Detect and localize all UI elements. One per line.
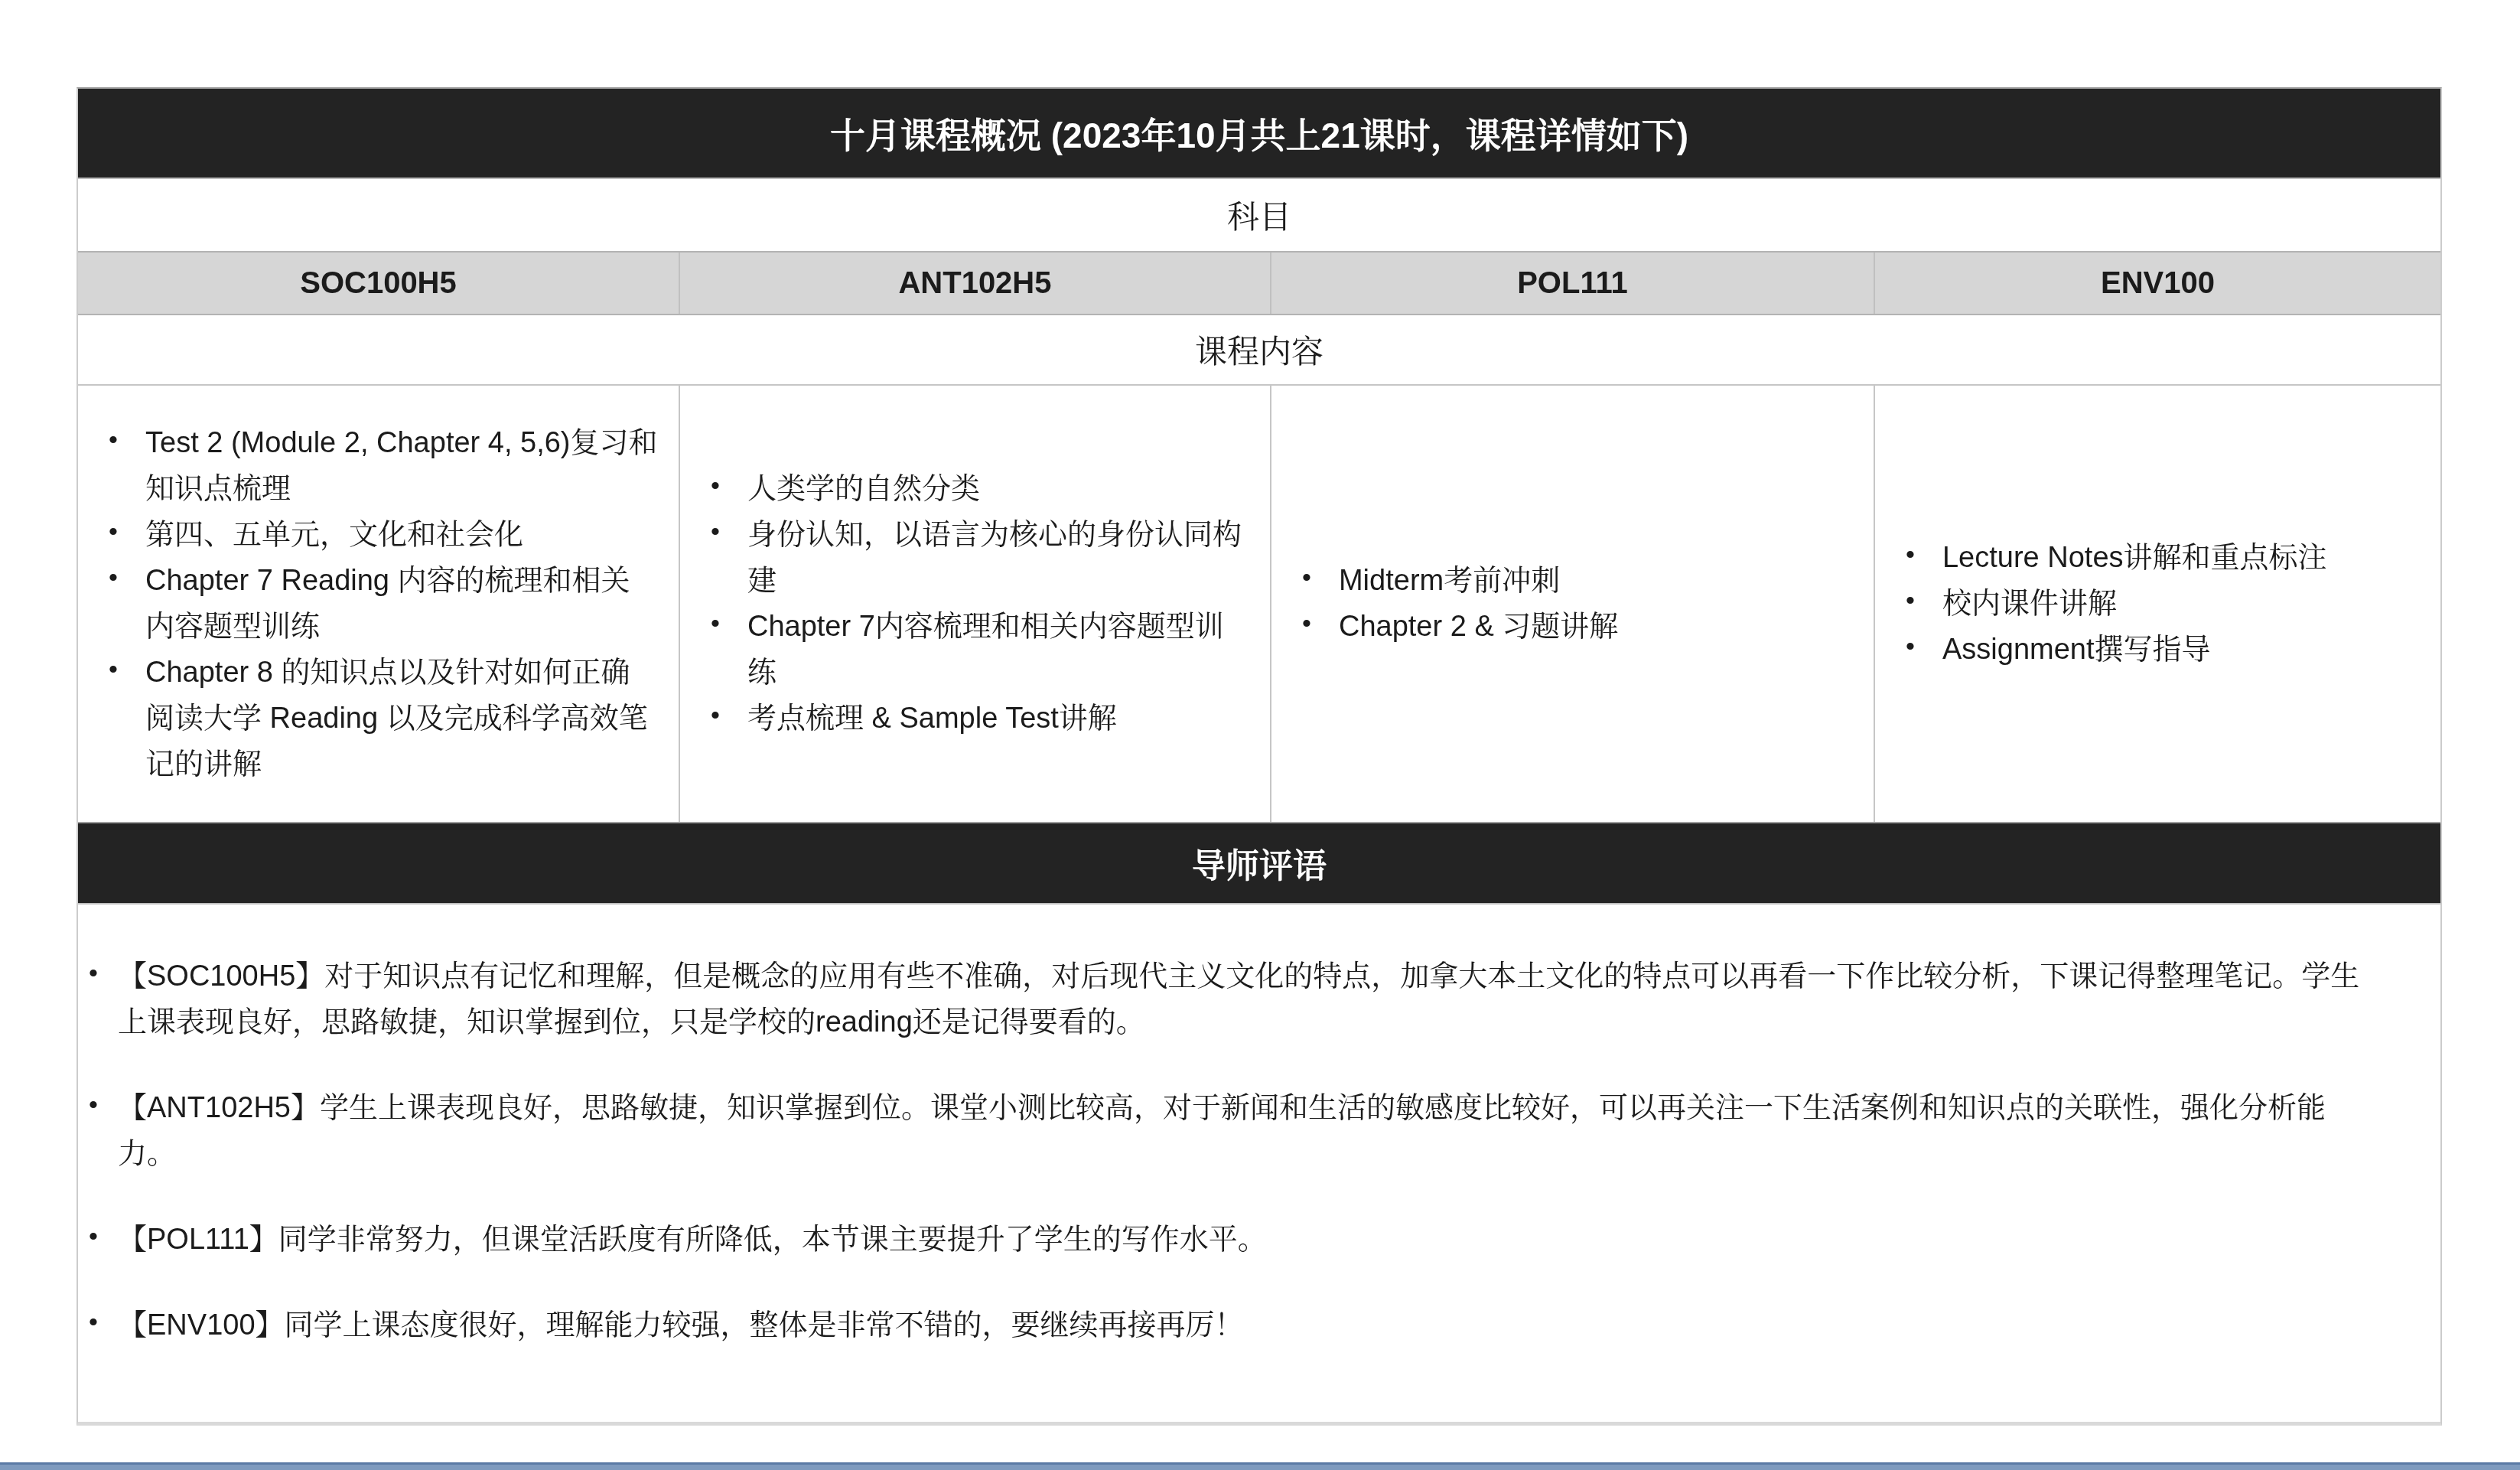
content-item: 人类学的自然分类 [700, 466, 1250, 512]
subject-section-row: 科目 [78, 179, 2440, 251]
content-item: Assignment撰写指导 [1895, 627, 2421, 673]
subject-cell-ant102h5: ANT102H5 [679, 253, 1270, 314]
subject-label: POL111 [1517, 266, 1628, 301]
subject-cell-soc100h5: SOC100H5 [78, 253, 679, 314]
content-item: Lecture Notes讲解和重点标注 [1895, 535, 2421, 581]
title-bar: 十月课程概况 (2023年10月共上21课时，课程详情如下) [78, 89, 2440, 179]
content-cell-pol111: Midterm考前冲刺 Chapter 2 & 习题讲解 [1270, 386, 1874, 822]
comments-bar: 导师评语 [78, 822, 2440, 904]
subject-label: SOC100H5 [300, 266, 457, 301]
comment-item-soc100h5: 【SOC100H5】对于知识点有记忆和理解，但是概念的应用有些不准确，对后现代主… [78, 953, 2440, 1045]
comments-section-label: 导师评语 [1192, 839, 1327, 888]
subject-section-label: 科目 [1227, 192, 1291, 238]
content-cell-soc100h5: Test 2 (Module 2, Chapter 4, 5,6)复习和知识点梳… [78, 386, 679, 822]
subject-label: ENV100 [2101, 266, 2215, 301]
content-list-pol111: Midterm考前冲刺 Chapter 2 & 习题讲解 [1291, 558, 1854, 650]
subject-cell-pol111: POL111 [1270, 253, 1874, 314]
content-item: Chapter 7 Reading 内容的梳理和相关内容题型训练 [98, 558, 659, 650]
content-item: 第四、五单元，文化和社会化 [98, 512, 659, 558]
content-item: Chapter 2 & 习题讲解 [1291, 604, 1854, 650]
comment-item-env100: 【ENV100】同学上课态度很好，理解能力较强，整体是非常不错的，要继续再接再厉… [78, 1302, 2440, 1348]
subjects-row: SOC100H5 ANT102H5 POL111 ENV100 [78, 251, 2440, 315]
content-section-label: 课程内容 [1195, 327, 1323, 373]
content-item: 身份认知，以语言为核心的身份认同构建 [700, 512, 1250, 604]
content-item: Test 2 (Module 2, Chapter 4, 5,6)复习和知识点梳… [98, 420, 659, 512]
comment-item-ant102h5: 【ANT102H5】学生上课表现良好，思路敏捷，知识掌握到位。课堂小测比较高，对… [78, 1085, 2440, 1177]
content-cell-ant102h5: 人类学的自然分类 身份认知，以语言为核心的身份认同构建 Chapter 7内容梳… [679, 386, 1270, 822]
content-item: Midterm考前冲刺 [1291, 558, 1854, 604]
subject-cell-env100: ENV100 [1874, 253, 2440, 314]
comments-list: 【SOC100H5】对于知识点有记忆和理解，但是概念的应用有些不准确，对后现代主… [78, 953, 2440, 1348]
course-overview-table: 十月课程概况 (2023年10月共上21课时，课程详情如下) 科目 SOC100… [77, 87, 2442, 1426]
content-list-soc100h5: Test 2 (Module 2, Chapter 4, 5,6)复习和知识点梳… [98, 420, 659, 787]
content-list-env100: Lecture Notes讲解和重点标注 校内课件讲解 Assignment撰写… [1895, 535, 2421, 673]
content-item: Chapter 8 的知识点以及针对如何正确阅读大学 Reading 以及完成科… [98, 650, 659, 787]
subject-label: ANT102H5 [898, 266, 1051, 301]
comments-area: 【SOC100H5】对于知识点有记忆和理解，但是概念的应用有些不准确，对后现代主… [78, 904, 2440, 1422]
course-content-row: Test 2 (Module 2, Chapter 4, 5,6)复习和知识点梳… [78, 386, 2440, 822]
content-list-ant102h5: 人类学的自然分类 身份认知，以语言为核心的身份认同构建 Chapter 7内容梳… [700, 466, 1250, 742]
content-item: 校内课件讲解 [1895, 581, 2421, 627]
content-item: 考点梳理 & Sample Test讲解 [700, 696, 1250, 742]
content-cell-env100: Lecture Notes讲解和重点标注 校内课件讲解 Assignment撰写… [1874, 386, 2440, 822]
content-section-row: 课程内容 [78, 315, 2440, 386]
content-item: Chapter 7内容梳理和相关内容题型训练 [700, 604, 1250, 696]
bottom-accent-bar [0, 1462, 2520, 1470]
page: 十月课程概况 (2023年10月共上21课时，课程详情如下) 科目 SOC100… [0, 0, 2520, 1470]
comment-item-pol111: 【POL111】同学非常努力，但课堂活跃度有所降低，本节课主要提升了学生的写作水… [78, 1217, 2440, 1263]
page-title: 十月课程概况 (2023年10月共上21课时，课程详情如下) [830, 108, 1688, 158]
